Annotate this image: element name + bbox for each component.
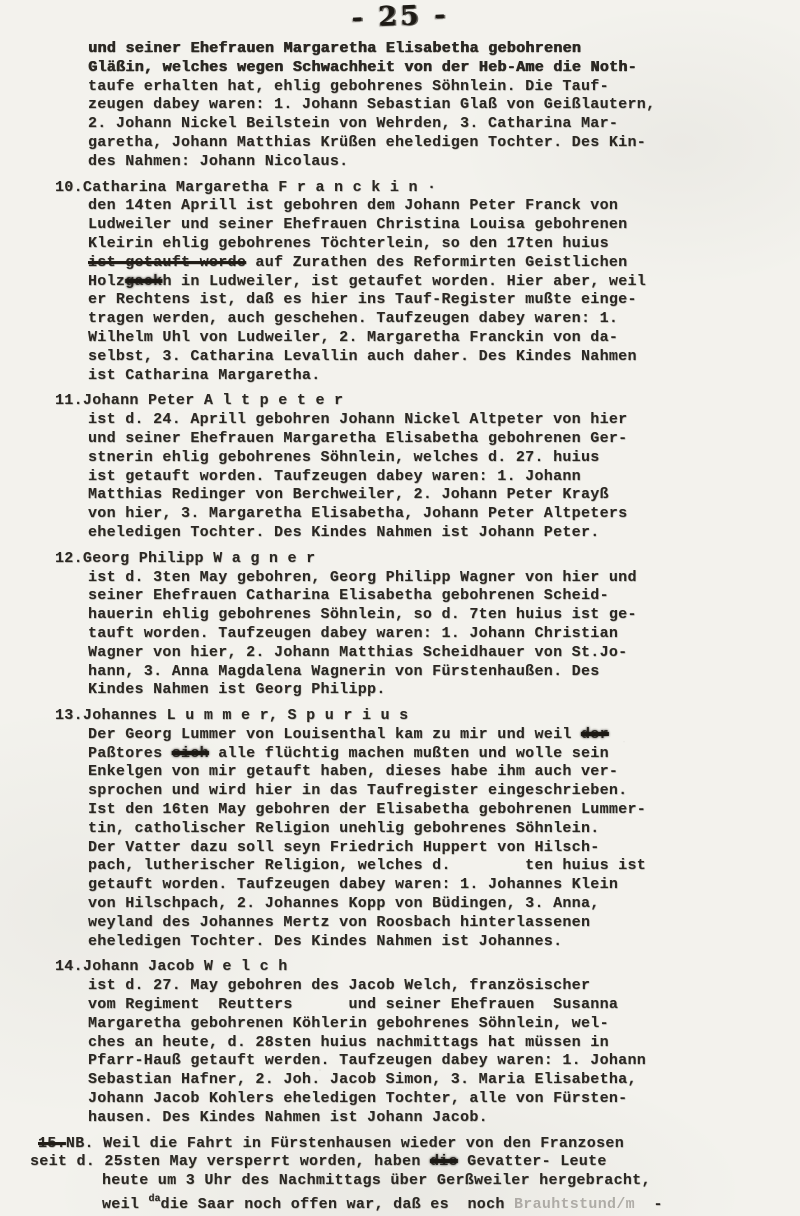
- text-line: und seiner Ehefrauen Margaretha Elisabet…: [88, 430, 663, 449]
- text-segment: eheledigen Tochter. Des Kindes Nahmen is…: [88, 933, 562, 950]
- text-segment: Gevatter- Leute: [458, 1153, 607, 1170]
- text-segment: und seiner Ehefrauen Margaretha Elisabet…: [88, 40, 581, 57]
- text-segment: von hier, 3. Margaretha Elisabetha, Joha…: [88, 505, 627, 522]
- text-segment: tragen werden, auch geschehen. Taufzeuge…: [88, 310, 618, 327]
- text-line: weil dadie Saar noch offen war, daß es n…: [102, 1191, 663, 1215]
- text-segment: 10.: [55, 179, 83, 196]
- text-line: ist d. 24. Aprill gebohren Johann Nickel…: [88, 411, 663, 430]
- text-segment: Gläßin, welches wegen Schwachheit von de…: [88, 59, 637, 76]
- text-segment: da: [149, 1194, 161, 1205]
- text-segment: ist d. 27. May gebohren des Jacob Welch,…: [88, 977, 590, 994]
- text-segment: ches an heute, d. 28sten huius nachmitta…: [88, 1034, 609, 1051]
- text-line: Ludweiler und seiner Ehefrauen Christina…: [88, 216, 663, 235]
- struck-text: ist getauft worde: [88, 254, 246, 271]
- text-segment: sprochen und wird hier in das Taufregist…: [88, 782, 627, 799]
- text-line: hann, 3. Anna Magdalena Wagnerin von Für…: [88, 663, 663, 682]
- text-line: sprochen und wird hier in das Taufregist…: [88, 782, 663, 801]
- struck-text: die: [430, 1153, 458, 1170]
- text-line: ist getauft worden. Taufzeugen dabey war…: [88, 468, 663, 487]
- text-line: 2. Johann Nickel Beilstein von Wehrden, …: [88, 115, 663, 134]
- text-segment: 14.: [55, 958, 83, 975]
- text-segment: auf Zurathen des Reformirten Geistlichen: [246, 254, 627, 271]
- text-line: des Nahmen: Johann Nicolaus.: [88, 153, 663, 172]
- text-line: eheledigen Tochter. Des Kindes Nahmen is…: [88, 524, 663, 543]
- text-line: und seiner Ehefrauen Margaretha Elisabet…: [88, 40, 663, 59]
- text-segment: ist d. 3ten May gebohren, Georg Philipp …: [88, 569, 637, 586]
- text-segment: seiner Ehefrauen Catharina Elisabetha ge…: [88, 587, 609, 604]
- text-segment: vom Regiment Reutters und seiner Ehefrau…: [88, 996, 618, 1013]
- text-segment: tin, catholischer Religion unehlig geboh…: [88, 820, 600, 837]
- text-line: seiner Ehefrauen Catharina Elisabetha ge…: [88, 587, 663, 606]
- text-segment: ist getauft worden. Taufzeugen dabey war…: [88, 468, 581, 485]
- baptism-entry-10-franckin: 10.Catharina Margaretha F r a n c k i n …: [88, 179, 663, 386]
- text-segment: Johannes L u m m e r, S p u r i u s: [83, 707, 409, 724]
- text-line: Der Vatter dazu soll seyn Friedrich Hupp…: [88, 839, 663, 858]
- text-segment: stnerin ehlig gebohrenes Söhnlein, welch…: [88, 449, 600, 466]
- text-line: Wilhelm Uhl von Ludweiler, 2. Margaretha…: [88, 329, 663, 348]
- text-line: vom Regiment Reutters und seiner Ehefrau…: [88, 996, 663, 1015]
- text-segment: alle flüchtig machen mußten und wolle se…: [209, 745, 609, 762]
- text-line: Der Georg Lummer von Louisenthal kam zu …: [88, 726, 663, 745]
- text-line: selbst, 3. Catharina Levallin auch daher…: [88, 348, 663, 367]
- text-segment: er Rechtens ist, daß es hier ins Tauf-Re…: [88, 291, 637, 308]
- text-line: den 14ten Aprill ist gebohren dem Johann…: [88, 197, 663, 216]
- baptism-entry-12-wagner: 12.Georg Philipp W a g n e rist d. 3ten …: [88, 550, 663, 700]
- text-line: Matthias Redinger von Berchweiler, 2. Jo…: [88, 486, 663, 505]
- text-line: Paßtores sich alle flüchtig machen mußte…: [88, 745, 663, 764]
- text-line: ist Catharina Margaretha.: [88, 367, 663, 386]
- struck-text: 15.: [38, 1135, 66, 1152]
- text-line: weyland des Johannes Mertz von Roosbach …: [88, 914, 663, 933]
- text-segment: Catharina Margaretha F r a n c k i n ·: [83, 179, 436, 196]
- text-segment: garetha, Johann Matthias Krüßen eheledig…: [88, 134, 646, 151]
- faded-text: Brauhtstund/m: [514, 1196, 635, 1213]
- text-line: Enkelgen von mir getauft haben, dieses h…: [88, 763, 663, 782]
- text-segment: Wilhelm Uhl von Ludweiler, 2. Margaretha…: [88, 329, 618, 346]
- text-line: Pfarr-Hauß getauft werden. Taufzeugen da…: [88, 1052, 663, 1071]
- text-segment: 11.: [55, 392, 83, 409]
- text-line: 14.Johann Jacob W e l c h: [55, 958, 663, 977]
- baptism-entry-14-welch: 14.Johann Jacob W e l c hist d. 27. May …: [88, 958, 663, 1127]
- text-segment: weil: [102, 1196, 149, 1213]
- text-line: Sebastian Hafner, 2. Joh. Jacob Simon, 3…: [88, 1071, 663, 1090]
- text-segment: eheledigen Tochter. Des Kindes Nahmen is…: [88, 524, 600, 541]
- text-segment: und seiner Ehefrauen Margaretha Elisabet…: [88, 430, 627, 447]
- text-segment: Holz: [88, 273, 125, 290]
- text-segment: Johann Peter A l t p e t e r: [83, 392, 343, 409]
- text-segment: NB. Weil die Fahrt in Fürstenhausen wied…: [66, 1135, 624, 1152]
- text-segment: Ist den 16ten May gebohren der Elisabeth…: [88, 801, 646, 818]
- text-line: eheledigen Tochter. Des Kindes Nahmen is…: [88, 933, 663, 952]
- text-segment: pach, lutherischer Religion, welches d. …: [88, 857, 646, 874]
- text-line: tragen werden, auch geschehen. Taufzeuge…: [88, 310, 663, 329]
- struck-text: der: [581, 726, 609, 743]
- text-segment: Pfarr-Hauß getauft werden. Taufzeugen da…: [88, 1052, 646, 1069]
- text-segment: Wagner von hier, 2. Johann Matthias Sche…: [88, 644, 627, 661]
- text-line: hausen. Des Kindes Nahmen ist Johann Jac…: [88, 1109, 663, 1128]
- text-line: 11.Johann Peter A l t p e t e r: [55, 392, 663, 411]
- text-segment: des Nahmen: Johann Nicolaus.: [88, 153, 348, 170]
- text-line: garetha, Johann Matthias Krüßen eheledig…: [88, 134, 663, 153]
- text-segment: 2. Johann Nickel Beilstein von Wehrden, …: [88, 115, 618, 132]
- text-line: Kindes Nahmen ist Georg Philipp.: [88, 681, 663, 700]
- text-segment: taufe erhalten hat, ehlig gebohrenes Söh…: [88, 78, 609, 95]
- text-segment: zeugen dabey waren: 1. Johann Sebastian …: [88, 96, 655, 113]
- text-line: Kleirin ehlig gebohrenes Töchterlein, so…: [88, 235, 663, 254]
- text-segment: hann, 3. Anna Magdalena Wagnerin von Für…: [88, 663, 600, 680]
- text-line: 10.Catharina Margaretha F r a n c k i n …: [55, 179, 663, 198]
- text-segment: Margaretha gebohrenen Köhlerin gebohrene…: [88, 1015, 609, 1032]
- note-entry-15-nb: 15.NB. Weil die Fahrt in Fürstenhausen w…: [88, 1135, 663, 1215]
- text-line: 15.NB. Weil die Fahrt in Fürstenhausen w…: [38, 1135, 663, 1154]
- text-segment: ist d. 24. Aprill gebohren Johann Nickel…: [88, 411, 627, 428]
- text-segment: den 14ten Aprill ist gebohren dem Johann…: [88, 197, 618, 214]
- text-line: Wagner von hier, 2. Johann Matthias Sche…: [88, 644, 663, 663]
- text-segment: heute um 3 Uhr des Nachmittags über Gerß…: [102, 1172, 651, 1189]
- page-number: - 25 -: [0, 0, 800, 41]
- text-line: taufe erhalten hat, ehlig gebohrenes Söh…: [88, 78, 663, 97]
- text-line: Margaretha gebohrenen Köhlerin gebohrene…: [88, 1015, 663, 1034]
- continuation-paragraph: und seiner Ehefrauen Margaretha Elisabet…: [88, 40, 663, 172]
- text-line: tin, catholischer Religion unehlig geboh…: [88, 820, 663, 839]
- struck-text: sich: [172, 745, 209, 762]
- text-line: Johann Jacob Kohlers eheledigen Tochter,…: [88, 1090, 663, 1109]
- text-segment: Enkelgen von mir getauft haben, dieses h…: [88, 763, 618, 780]
- text-segment: weyland des Johannes Mertz von Roosbach …: [88, 914, 590, 931]
- text-line: seit d. 25sten May versperrt worden, hab…: [30, 1153, 663, 1172]
- text-segment: 13.: [55, 707, 83, 724]
- text-segment: hausen. Des Kindes Nahmen ist Johann Jac…: [88, 1109, 488, 1126]
- baptism-entry-13-lummer-spurius: 13.Johannes L u m m e r, S p u r i u sDe…: [88, 707, 663, 951]
- baptism-entry-11-altpeter: 11.Johann Peter A l t p e t e rist d. 24…: [88, 392, 663, 542]
- text-line: ches an heute, d. 28sten huius nachmitta…: [88, 1034, 663, 1053]
- text-line: Holzgackh in Ludweiler, ist getaufet wor…: [88, 273, 663, 292]
- text-segment: Der Georg Lummer von Louisenthal kam zu …: [88, 726, 581, 743]
- text-line: hauerin ehlig gebohrenes Söhnlein, so d.…: [88, 606, 663, 625]
- text-segment: seit d. 25sten May versperrt worden, hab…: [30, 1153, 430, 1170]
- text-segment: von Hilschpach, 2. Johannes Kopp von Büd…: [88, 895, 600, 912]
- text-segment: hauerin ehlig gebohrenes Söhnlein, so d.…: [88, 606, 637, 623]
- text-segment: die Saar noch offen war, daß es noch: [161, 1196, 514, 1213]
- text-segment: Johann Jacob W e l c h: [83, 958, 288, 975]
- text-line: von Hilschpach, 2. Johannes Kopp von Büd…: [88, 895, 663, 914]
- text-segment: selbst, 3. Catharina Levallin auch daher…: [88, 348, 637, 365]
- text-line: zeugen dabey waren: 1. Johann Sebastian …: [88, 96, 663, 115]
- text-segment: 12.: [55, 550, 83, 567]
- text-line: 12.Georg Philipp W a g n e r: [55, 550, 663, 569]
- text-line: heute um 3 Uhr des Nachmittags über Gerß…: [102, 1172, 663, 1191]
- text-segment: Ludweiler und seiner Ehefrauen Christina…: [88, 216, 627, 233]
- text-segment: h in Ludweiler, ist getaufet worden. Hie…: [162, 273, 646, 290]
- struck-text: gack: [125, 273, 162, 290]
- text-segment: Matthias Redinger von Berchweiler, 2. Jo…: [88, 486, 609, 503]
- text-line: Ist den 16ten May gebohren der Elisabeth…: [88, 801, 663, 820]
- text-line: er Rechtens ist, daß es hier ins Tauf-Re…: [88, 291, 663, 310]
- text-segment: Kleirin ehlig gebohrenes Töchterlein, so…: [88, 235, 609, 252]
- text-line: pach, lutherischer Religion, welches d. …: [88, 857, 663, 876]
- text-line: ist d. 27. May gebohren des Jacob Welch,…: [88, 977, 663, 996]
- text-line: ist d. 3ten May gebohren, Georg Philipp …: [88, 569, 663, 588]
- text-segment: Johann Jacob Kohlers eheledigen Tochter,…: [88, 1090, 627, 1107]
- text-segment: Sebastian Hafner, 2. Joh. Jacob Simon, 3…: [88, 1071, 637, 1088]
- text-segment: Der Vatter dazu soll seyn Friedrich Hupp…: [88, 839, 600, 856]
- text-line: Gläßin, welches wegen Schwachheit von de…: [88, 59, 663, 78]
- text-segment: ist Catharina Margaretha.: [88, 367, 321, 384]
- text-segment: Kindes Nahmen ist Georg Philipp.: [88, 681, 386, 698]
- text-segment: -: [635, 1196, 663, 1213]
- text-line: von hier, 3. Margaretha Elisabetha, Joha…: [88, 505, 663, 524]
- text-line: stnerin ehlig gebohrenes Söhnlein, welch…: [88, 449, 663, 468]
- page-content: und seiner Ehefrauen Margaretha Elisabet…: [0, 40, 687, 1216]
- text-line: getauft worden. Taufzeugen dabey waren: …: [88, 876, 663, 895]
- text-segment: getauft worden. Taufzeugen dabey waren: …: [88, 876, 618, 893]
- scanned-register-page: - 25 - und seiner Ehefrauen Margaretha E…: [0, 0, 800, 1216]
- text-segment: Georg Philipp W a g n e r: [83, 550, 316, 567]
- text-line: 13.Johannes L u m m e r, S p u r i u s: [55, 707, 663, 726]
- text-segment: Paßtores: [88, 745, 172, 762]
- text-line: tauft worden. Taufzeugen dabey waren: 1.…: [88, 625, 663, 644]
- text-segment: tauft worden. Taufzeugen dabey waren: 1.…: [88, 625, 618, 642]
- text-line: ist getauft worde auf Zurathen des Refor…: [88, 254, 663, 273]
